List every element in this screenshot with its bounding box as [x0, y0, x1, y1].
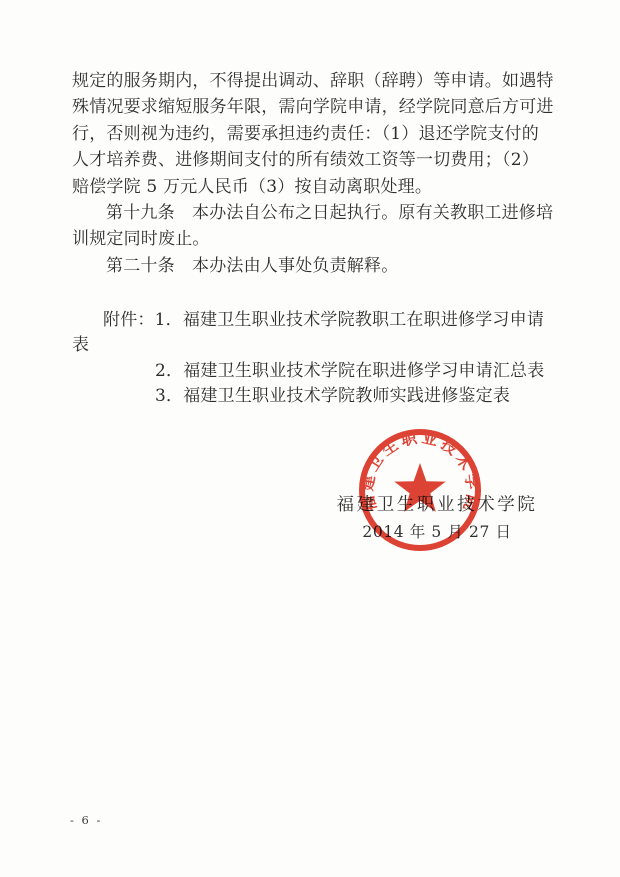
text-line: 第十九条 本办法自公布之日起执行。原有关教职工进修培: [72, 200, 550, 226]
signature-date: 2014 年 5 月 27 日: [328, 519, 546, 546]
text-line: 殊情况要求缩短服务年限，需向学院申请，经学院同意后方可进: [72, 94, 550, 120]
text-line: 人才培养费、进修期间支付的所有绩效工资等一切费用；（2）: [72, 147, 550, 173]
page-number: - 6 -: [70, 813, 102, 827]
signature-block: 福建卫生职业技术学院 2014 年 5 月 27 日: [328, 492, 546, 545]
attachment-line: 2．福建卫生职业技术学院在职进修学习申请汇总表: [72, 359, 562, 384]
text-line: 训规定同时废止。: [72, 226, 550, 252]
attachment-line: 3．福建卫生职业技术学院教师实践进修鉴定表: [72, 384, 562, 409]
policy-body-text: 规定的服务期内，不得提出调动、辞职（辞聘）等申请。如遇特殊情况要求缩短服务年限，…: [72, 68, 550, 279]
text-line: 第二十条 本办法由人事处负责解释。: [72, 253, 550, 279]
scanned-document-page: 规定的服务期内，不得提出调动、辞职（辞聘）等申请。如遇特殊情况要求缩短服务年限，…: [0, 0, 620, 877]
text-line: 行，否则视为违约，需要承担违约责任：（1）退还学院支付的: [72, 121, 550, 147]
attachment-line: 表: [72, 333, 562, 358]
attachments-list: 附件：1．福建卫生职业技术学院教职工在职进修学习申请表2．福建卫生职业技术学院在…: [72, 308, 562, 409]
attachment-line: 附件：1．福建卫生职业技术学院教职工在职进修学习申请: [72, 308, 562, 333]
text-line: 规定的服务期内，不得提出调动、辞职（辞聘）等申请。如遇特: [72, 68, 550, 94]
text-line: 赔偿学院 5 万元人民币（3）按自动离职处理。: [72, 174, 550, 200]
signature-org-name: 福建卫生职业技术学院: [328, 492, 546, 519]
